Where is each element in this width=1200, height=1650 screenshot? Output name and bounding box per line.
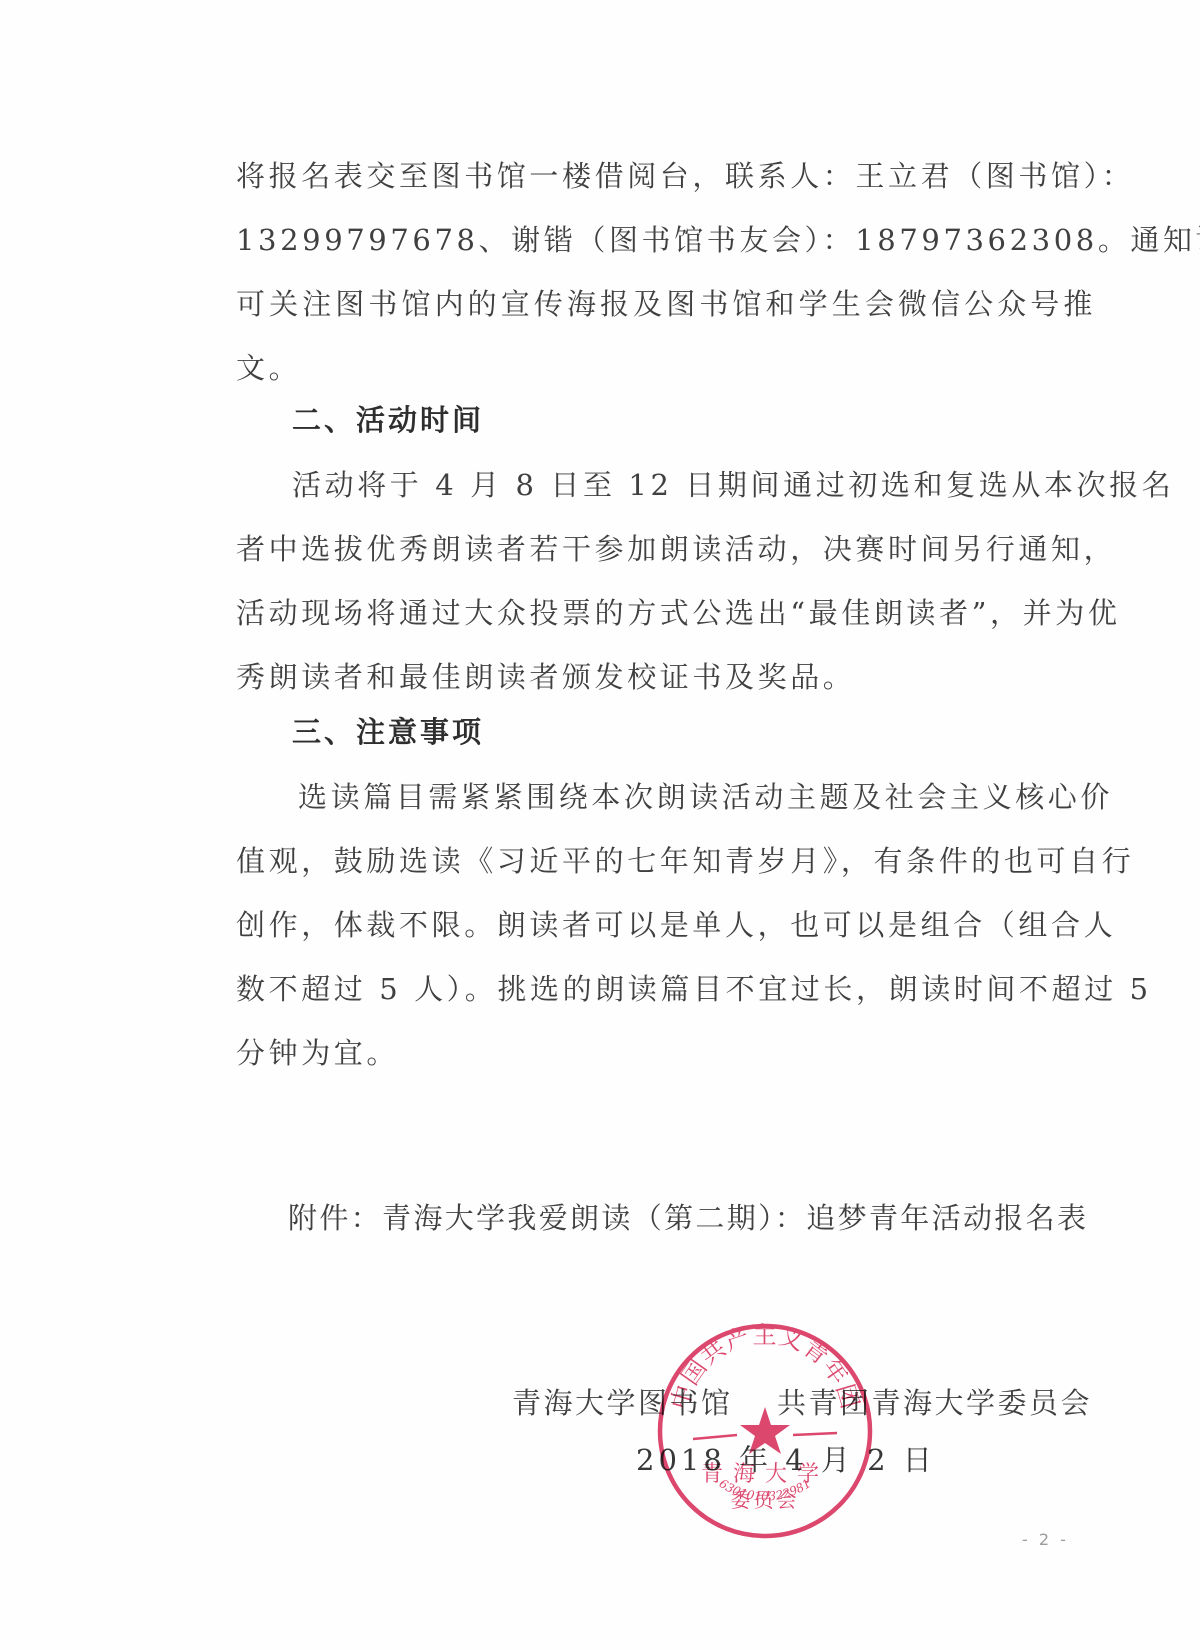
paragraph-line: 创作，体裁不限。朗读者可以是单人，也可以是组合（组合人 [236, 905, 1096, 945]
paragraph-line: 选读篇目需紧紧围绕本次朗读活动主题及社会主义核心价 [298, 777, 1096, 817]
section-heading-activity-time: 二、活动时间 [292, 400, 484, 440]
paragraph-line: 可关注图书馆内的宣传海报及图书馆和学生会微信公众号推 [236, 284, 1096, 324]
paragraph-line: 数不超过 5 人）。挑选的朗读篇目不宜过长，朗读时间不超过 5 [236, 969, 1096, 1009]
paragraph-line: 活动现场将通过大众投票的方式公选出“最佳朗读者”，并为优 [236, 593, 1096, 633]
paragraph-line: 13299797678、谢锴（图书馆书友会）：18797362308。通知详情 [236, 220, 1096, 260]
page-number: - 2 - [1022, 1530, 1069, 1549]
paragraph-line: 文。 [236, 348, 1096, 388]
document-page: 将报名表交至图书馆一楼借阅台，联系人：王立君（图书馆）： 13299797678… [0, 0, 1200, 1650]
attachment-note: 附件：青海大学我爱朗读（第二期）：追梦青年活动报名表 [288, 1198, 1088, 1238]
paragraph-line: 秀朗读者和最佳朗读者颁发校证书及奖品。 [236, 657, 1096, 697]
paragraph-line: 分钟为宜。 [236, 1033, 1096, 1073]
paragraph-line: 将报名表交至图书馆一楼借阅台，联系人：王立君（图书馆）： [236, 156, 1096, 196]
official-seal-icon: 中国共产主义青年团 青海大学 委员会 6301010322981 [655, 1321, 875, 1541]
paragraph-line: 者中选拔优秀朗读者若干参加朗读活动，决赛时间另行通知， [236, 529, 1096, 569]
svg-text:中国共产主义青年团: 中国共产主义青年团 [666, 1321, 865, 1413]
section-heading-notes: 三、注意事项 [292, 712, 484, 752]
seal-arc-text: 中国共产主义青年团 [666, 1321, 865, 1413]
paragraph-line: 值观，鼓励选读《习近平的七年知青岁月》，有条件的也可自行 [236, 841, 1096, 881]
paragraph-line: 活动将于 4 月 8 日至 12 日期间通过初选和复选从本次报名 [292, 465, 1096, 505]
